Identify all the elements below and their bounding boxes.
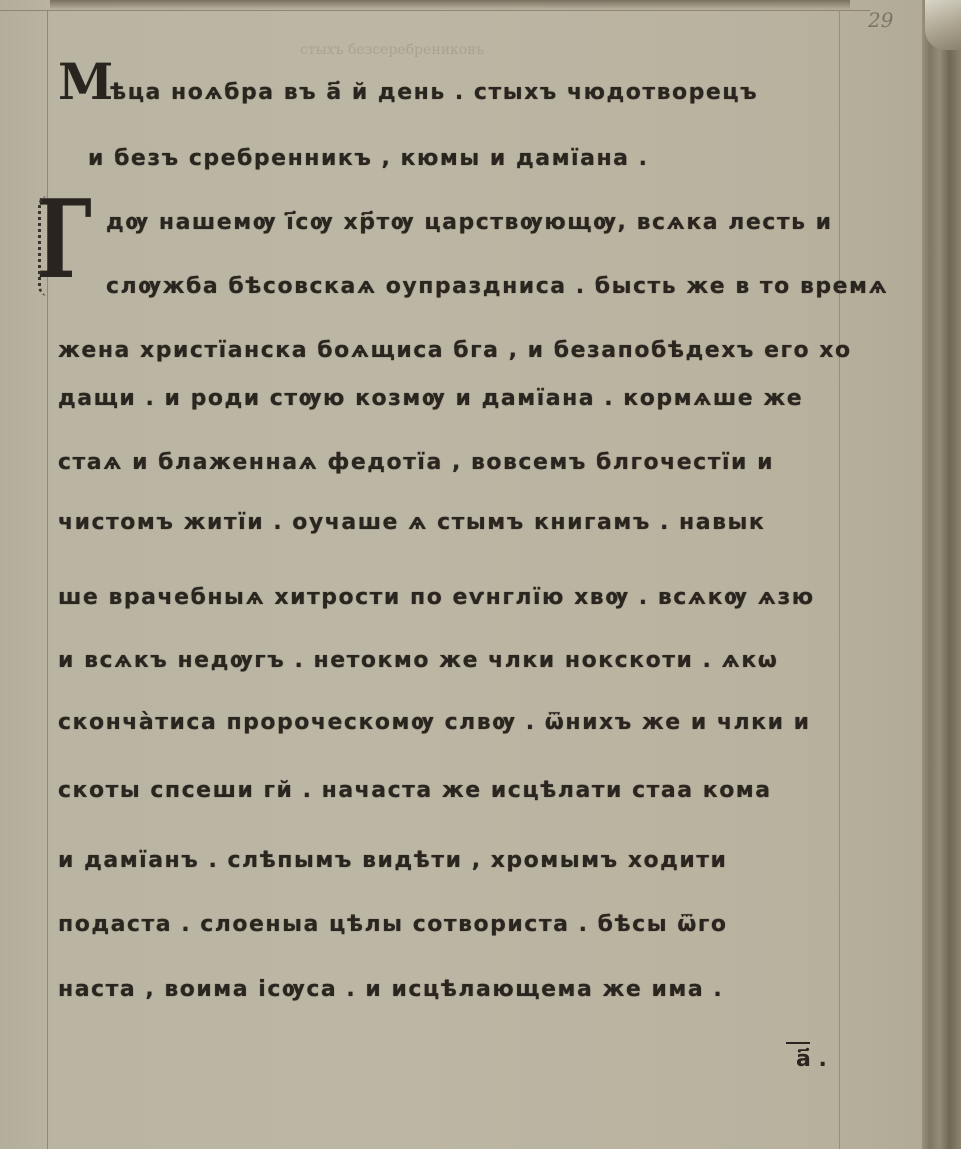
- text-line-12: скоты спсеши гй . начаста же исцѣлати ст…: [58, 778, 772, 803]
- top-ruling: [0, 10, 870, 11]
- text-line-1: ѣца ноѧбра въ а҃ й день . стыхъ чюдотвор…: [110, 80, 758, 105]
- folio-number: 29: [868, 8, 893, 32]
- page-curl: [925, 0, 961, 50]
- text-line-9: ше врачебныѧ хитрости по еѵнглїю хвѹ . в…: [58, 585, 815, 610]
- text-line-8: чистомъ житїи . оучаше ѧ стымъ книгамъ .…: [58, 510, 765, 535]
- text-line-6: дащи . и роди стѹю козмѹ и дамїана . кор…: [58, 386, 803, 411]
- manuscript-page: стыхъ безсеребрениковъ 29 М Г ѣца ноѧбра…: [0, 0, 930, 1149]
- decorated-initial-m: М: [58, 52, 109, 111]
- text-line-7: стаѧ и блаженнаѧ федотїа , вовсемъ блгоч…: [58, 450, 774, 475]
- text-line-2: и безъ сребренникъ , кюмы и дамїана .: [88, 146, 649, 171]
- text-line-13: и дамїанъ . слѣпымъ видѣти , хромымъ ход…: [58, 848, 727, 873]
- text-line-11: сконча̀тиса пророческомѹ слвѹ . ѿнихъ же…: [58, 710, 811, 735]
- top-edge-shadow: [50, 0, 850, 10]
- book-spine-edge: [922, 0, 961, 1149]
- text-line-3: дѹ нашемѹ і҃сѹ хр҃тѹ царствѹющѹ, всѧка л…: [106, 210, 833, 235]
- titlo-mark: [786, 1042, 810, 1044]
- text-line-14: подаста . слоеныа цѣлы сотвориста . бѣсы…: [58, 912, 728, 937]
- bleed-through-heading: стыхъ безсеребрениковъ: [300, 42, 484, 58]
- quire-signature: а҃ .: [796, 1047, 827, 1072]
- text-line-15: наста , воима ісѹса . и исцѣлающема же и…: [58, 977, 723, 1002]
- initial-flourish-ornament: [38, 196, 61, 296]
- right-margin-ruling: [839, 10, 840, 1149]
- text-line-10: и всѧкъ недѹгъ . нетокмо же члки нокскот…: [58, 648, 778, 673]
- text-line-4: слѹжба бѣсовскаѧ оупраздниса . бысть же …: [106, 274, 888, 299]
- text-line-5: жена христїанска боѧщиса бга , и безапоб…: [58, 338, 852, 363]
